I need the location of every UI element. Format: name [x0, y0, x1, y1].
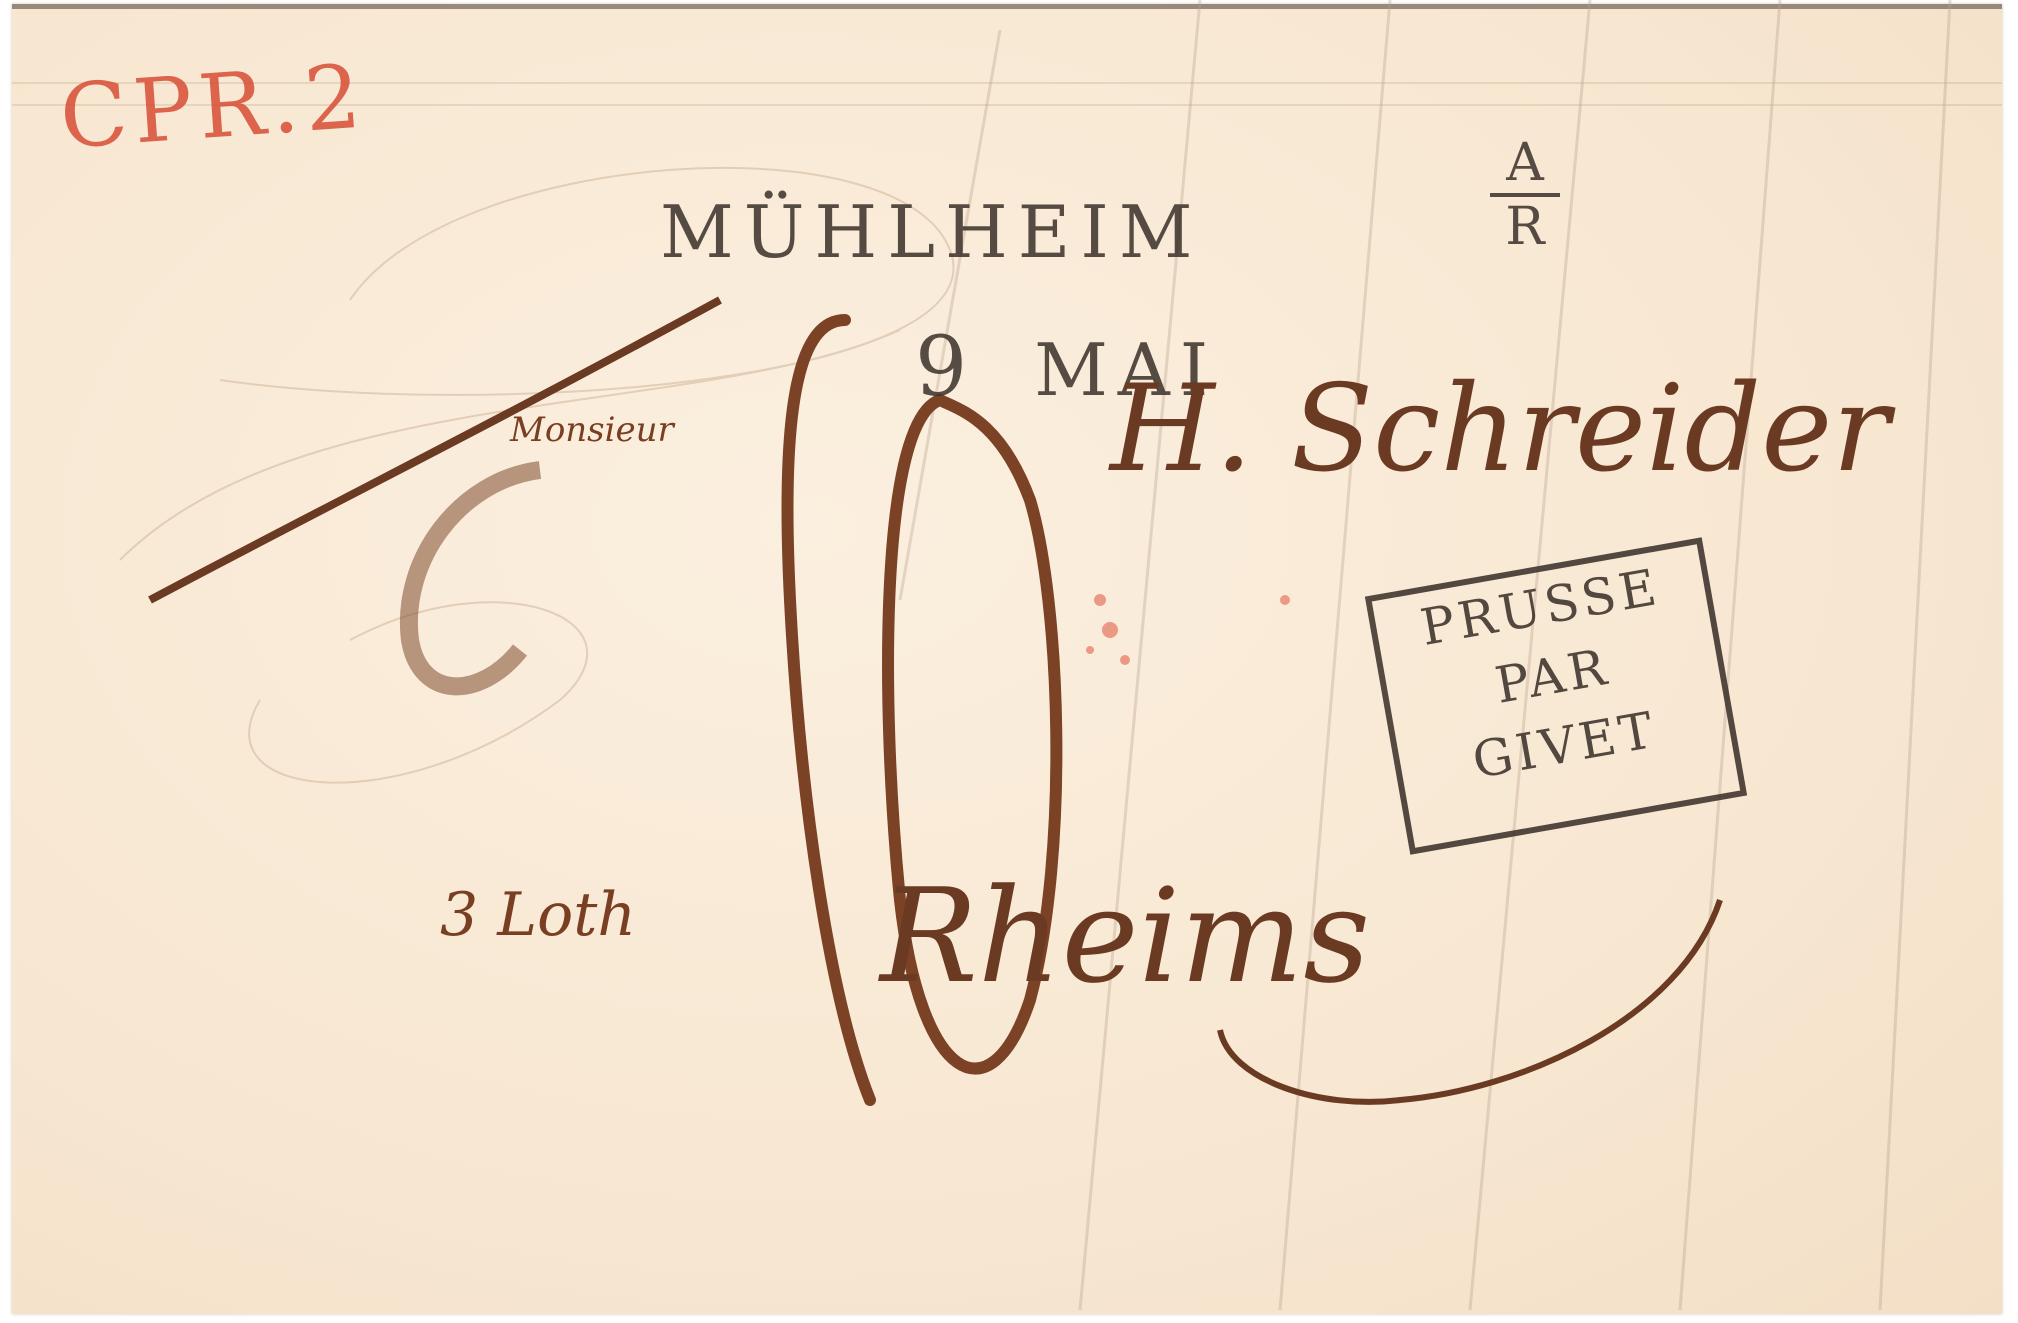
weight-note: 3 Loth	[440, 880, 636, 950]
address-prefix: Monsieur	[510, 410, 674, 450]
cpr-handstamp: CPR.2	[57, 44, 370, 168]
destination-city: Rheims	[880, 860, 1370, 1012]
cancel-fraction: A R	[1490, 135, 1560, 255]
fraction-bottom: R	[1505, 197, 1544, 257]
cancel-day: 9	[915, 320, 977, 415]
fraction-top: A	[1506, 133, 1544, 193]
addressee-name: H. Schreider	[1110, 360, 1890, 499]
town-cancel: MÜHLHEIM	[660, 190, 1203, 274]
